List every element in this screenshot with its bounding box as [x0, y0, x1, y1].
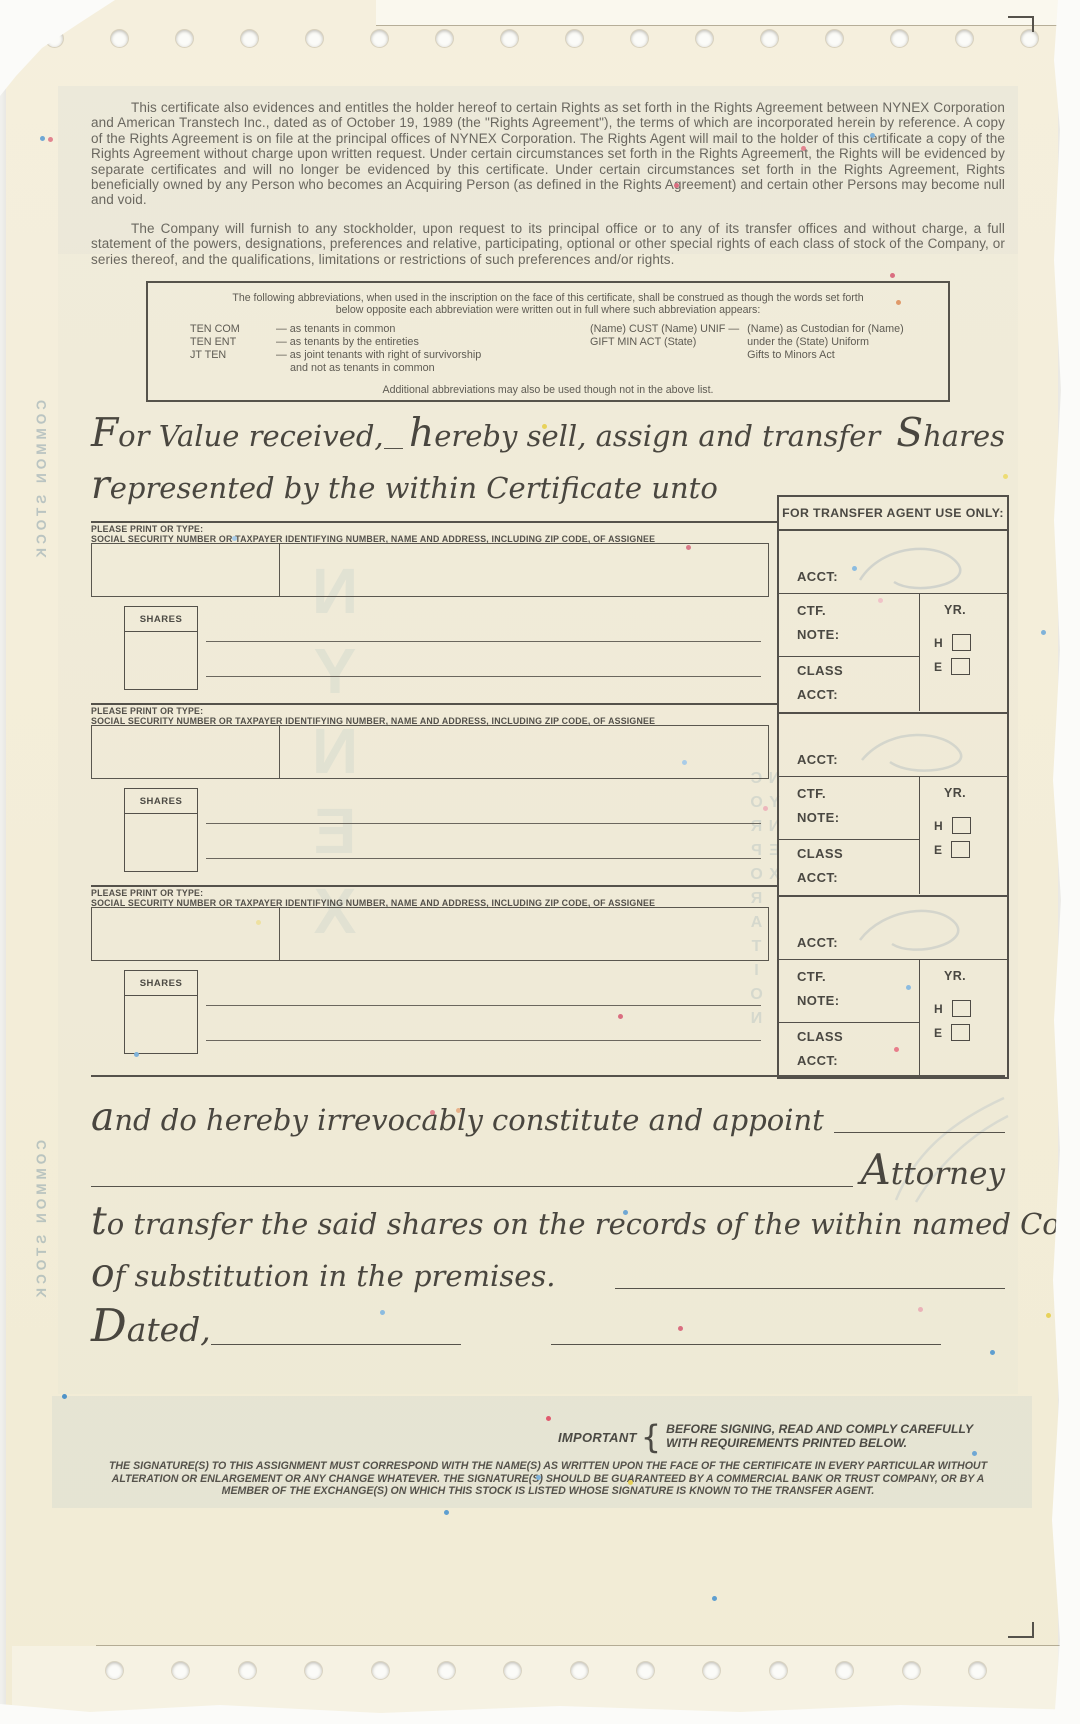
important-label: IMPORTANT [558, 1430, 637, 1445]
tractor-feed-hole [372, 1662, 389, 1679]
write-line[interactable] [206, 1040, 761, 1041]
yr-label: YR. [944, 969, 966, 983]
tractor-feed-hole [106, 1662, 123, 1679]
transfer-agent-header: FOR TRANSFER AGENT USE ONLY: [779, 497, 1007, 531]
assignee-section-2: PLEASE PRINT OR TYPE: SOCIAL SECURITY NU… [91, 703, 777, 873]
important-note: IMPORTANT { BEFORE SIGNING, READ AND COM… [558, 1422, 973, 1452]
acct-label: ACCT: [797, 870, 838, 885]
ghost-common-stock-text: COMMON STOCK [34, 1140, 49, 1320]
holder-blank-line[interactable] [384, 448, 403, 449]
form-bottom-rule [91, 1075, 1005, 1077]
tractor-feed-hole [504, 1662, 521, 1679]
tractor-feed-hole [1021, 30, 1038, 47]
write-line[interactable] [206, 1005, 761, 1006]
tractor-feed-hole [891, 30, 908, 47]
corner-crop-mark [1008, 1622, 1034, 1638]
tractor-feed-hole [761, 30, 778, 47]
tractor-feed-hole [836, 1662, 853, 1679]
appoint-name-line[interactable] [834, 1132, 1005, 1133]
e-label: E [934, 843, 942, 857]
substitution-text: of substitution in the premises. [91, 1251, 555, 1296]
important-line-1: BEFORE SIGNING, READ AND COMPLY CAREFULL… [666, 1423, 973, 1437]
write-line[interactable] [206, 823, 761, 824]
acct-label: ACCT: [797, 752, 838, 767]
h-label: H [934, 636, 943, 650]
class-label: CLASS [797, 1029, 843, 1044]
top-perforation [376, 25, 1064, 26]
note-label: NOTE: [797, 627, 839, 642]
value-received-line: For Value received, hereby sell, assign … [91, 408, 1005, 456]
h-checkbox[interactable] [952, 817, 971, 834]
abbreviations-intro: The following abbreviations, when used i… [228, 292, 868, 317]
tractor-feed-hole [703, 1662, 720, 1679]
shares-label: SHARES [124, 606, 198, 632]
transfer-power-text: to transfer the said shares on the recor… [91, 1199, 1080, 1244]
tractor-feed-hole [696, 30, 713, 47]
rights-agreement-paragraph: This certificate also evidences and enti… [91, 100, 1005, 208]
bottom-perforation [96, 1645, 1064, 1646]
dated-signature-line[interactable] [551, 1344, 941, 1345]
certificate-paper: COMMON STOCK COMMON STOCK NYNEX NYNEX CO… [6, 0, 1058, 1724]
acct-label: ACCT: [797, 569, 838, 584]
tractor-feed-holes-top [46, 30, 1038, 47]
e-checkbox[interactable] [951, 841, 970, 858]
ssn-cell[interactable] [92, 908, 280, 960]
write-line[interactable] [206, 858, 761, 859]
shares-entry-box[interactable] [124, 630, 198, 690]
class-label: CLASS [797, 663, 843, 678]
appoint-line: and do hereby irrevocably constitute and… [91, 1088, 1005, 1140]
write-line[interactable] [206, 641, 761, 642]
tractor-feed-hole [111, 30, 128, 47]
tractor-feed-hole [501, 30, 518, 47]
substitution-line: of substitution in the premises. [91, 1248, 1005, 1296]
assignee-section-1: PLEASE PRINT OR TYPE: SOCIAL SECURITY NU… [91, 521, 777, 691]
tractor-feed-hole [969, 1662, 986, 1679]
note-label: NOTE: [797, 810, 839, 825]
h-label: H [934, 819, 943, 833]
tractor-feed-hole [305, 1662, 322, 1679]
tractor-feed-hole [770, 1662, 787, 1679]
class-label: CLASS [797, 846, 843, 861]
top-fold-strip [376, 0, 1064, 25]
attorney-name-line[interactable] [91, 1186, 853, 1187]
sell-assign-text: hereby sell, assign and transfer [409, 411, 880, 456]
h-checkbox[interactable] [952, 634, 971, 651]
tractor-feed-hole [637, 1662, 654, 1679]
signature-line[interactable] [615, 1288, 1005, 1289]
e-checkbox[interactable] [951, 1024, 970, 1041]
tractor-feed-hole [436, 30, 453, 47]
dated-line[interactable] [211, 1344, 461, 1345]
assignee-entry-box[interactable] [91, 543, 769, 597]
abbreviations-right-column: (Name) CUST (Name) UNIF — GIFT MIN ACT (… [590, 323, 904, 375]
shares-label: SHARES [124, 970, 198, 996]
assignee-entry-box[interactable] [91, 907, 769, 961]
abbreviations-box: The following abbreviations, when used i… [146, 281, 950, 402]
ssn-cell[interactable] [92, 726, 280, 778]
acct-entry-area[interactable]: ACCT: [779, 714, 1007, 777]
e-label: E [934, 660, 942, 674]
shares-word: Shares [896, 411, 1005, 456]
tractor-feed-hole [241, 30, 258, 47]
company-furnish-paragraph: The Company will furnish to any stockhol… [91, 221, 1005, 267]
acct-label: ACCT: [797, 1053, 838, 1068]
ctf-label: CTF. [797, 969, 826, 984]
note-label: NOTE: [797, 993, 839, 1008]
tractor-feed-hole [956, 30, 973, 47]
dated-word: Dated, [91, 1300, 211, 1352]
h-label: H [934, 1002, 943, 1016]
tractor-feed-hole [239, 1662, 256, 1679]
represented-by-text: represented by the within Certificate un… [91, 463, 718, 508]
ctf-label: CTF. [797, 786, 826, 801]
acct-label: ACCT: [797, 687, 838, 702]
tractor-feed-hole [826, 30, 843, 47]
shares-entry-box[interactable] [124, 812, 198, 872]
value-received-text: For Value received, [91, 411, 384, 456]
abbreviations-footer: Additional abbreviations may also be use… [148, 384, 948, 396]
tractor-feed-hole [176, 30, 193, 47]
yr-label: YR. [944, 786, 966, 800]
write-line[interactable] [206, 676, 761, 677]
acct-entry-area[interactable]: ACCT: [779, 897, 1007, 960]
ctf-label: CTF. [797, 603, 826, 618]
transfer-power-line: to transfer the said shares on the recor… [91, 1196, 1005, 1244]
tractor-feed-holes-bottom [106, 1662, 986, 1679]
tractor-feed-hole [631, 30, 648, 47]
agent-section-3: ACCT: CTF. NOTE: CLASS ACCT: YR. H E [779, 897, 1007, 1078]
acct-entry-area[interactable]: ACCT: [779, 531, 1007, 594]
brace-glyph: { [641, 1422, 661, 1452]
tractor-feed-hole [172, 1662, 189, 1679]
attorney-line: Attorney [91, 1142, 1005, 1194]
tractor-feed-hole [438, 1662, 455, 1679]
shares-label: SHARES [124, 788, 198, 814]
tractor-feed-hole [566, 30, 583, 47]
shares-entry-box[interactable] [124, 994, 198, 1054]
assignee-section-3: PLEASE PRINT OR TYPE: SOCIAL SECURITY NU… [91, 885, 777, 1055]
agent-section-2: ACCT: CTF. NOTE: CLASS ACCT: YR. H E [779, 714, 1007, 897]
appoint-text: and do hereby irrevocably constitute and… [91, 1095, 824, 1140]
corner-crop-mark [1008, 16, 1034, 32]
yr-label: YR. [944, 603, 966, 617]
tractor-feed-hole [903, 1662, 920, 1679]
acct-label: ACCT: [797, 935, 838, 950]
e-label: E [934, 1026, 942, 1040]
assignee-entry-box[interactable] [91, 725, 769, 779]
ssn-cell[interactable] [92, 544, 280, 596]
tractor-feed-hole [306, 30, 323, 47]
tractor-feed-hole [371, 30, 388, 47]
h-checkbox[interactable] [952, 1000, 971, 1017]
dated-row: Dated, [91, 1296, 941, 1352]
scanned-certificate-back: COMMON STOCK COMMON STOCK NYNEX NYNEX CO… [0, 0, 1080, 1724]
ghost-common-stock-text: COMMON STOCK [34, 400, 49, 580]
important-line-2: WITH REQUIREMENTS PRINTED BELOW. [666, 1437, 973, 1451]
abbreviations-left-column: TEN COM— as tenants in common TEN ENT— a… [190, 323, 590, 375]
transfer-agent-box: FOR TRANSFER AGENT USE ONLY: ACCT: CTF. … [777, 495, 1009, 1079]
agent-section-1: ACCT: CTF. NOTE: CLASS ACCT: YR. H E [779, 531, 1007, 714]
e-checkbox[interactable] [951, 658, 970, 675]
signature-requirements-text: THE SIGNATURE(S) TO THIS ASSIGNMENT MUST… [91, 1460, 1005, 1498]
tractor-feed-hole [571, 1662, 588, 1679]
attorney-word: Attorney [861, 1145, 1005, 1194]
